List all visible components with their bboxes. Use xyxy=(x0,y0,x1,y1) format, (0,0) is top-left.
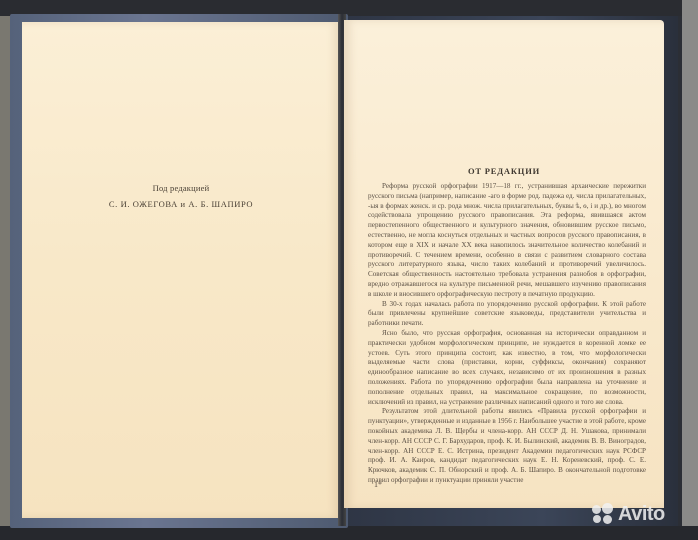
paragraph: В 30-х годах началась работа по упорядоч… xyxy=(368,300,646,329)
right-page: ОТ РЕДАКЦИИ Реформа русской орфографии 1… xyxy=(344,20,664,508)
page-number: 1* xyxy=(374,480,382,489)
paragraph: Результатом этой длительной работы явили… xyxy=(368,407,646,485)
avito-watermark: Avito xyxy=(592,500,665,528)
left-page: Под редакцией С. И. ОЖЕГОВА и А. Б. ШАПИ… xyxy=(22,22,340,518)
watermark-text: Avito xyxy=(618,503,665,526)
preface-text: Реформа русской орфографии 1917—18 гг., … xyxy=(368,182,646,486)
paragraph: Реформа русской орфографии 1917—18 гг., … xyxy=(368,182,646,300)
background-bottom xyxy=(0,526,698,540)
avito-logo-icon xyxy=(592,503,614,525)
background-right-edge xyxy=(682,0,698,540)
editor-label: Под редакцией xyxy=(22,180,340,196)
editor-names: С. И. ОЖЕГОВА и А. Б. ШАПИРО xyxy=(22,196,340,212)
section-heading: ОТ РЕДАКЦИИ xyxy=(344,166,664,176)
editor-credit: Под редакцией С. И. ОЖЕГОВА и А. Б. ШАПИ… xyxy=(22,180,340,212)
background-left-edge xyxy=(0,16,10,526)
paragraph: Ясно было, что русская орфография, основ… xyxy=(368,329,646,407)
